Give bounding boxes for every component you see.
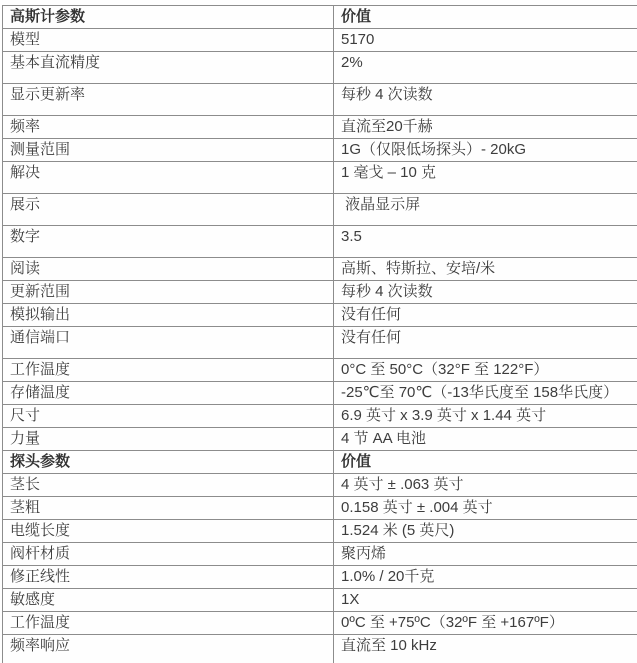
value-cell: 1.524 米 (5 英尺) xyxy=(334,520,637,543)
table-row: 工作温度0°C 至 50°C（32°F 至 122°F） xyxy=(3,359,637,382)
table-row: 展示 液晶显示屏 xyxy=(3,194,637,226)
param-cell: 解决 xyxy=(3,162,334,194)
param-cell: 频率响应 xyxy=(3,635,334,663)
section-header-row: 探头参数价值 xyxy=(3,451,637,474)
value-cell: 5170 xyxy=(334,29,637,52)
value-cell: 0.158 英寸 ± .004 英寸 xyxy=(334,497,637,520)
param-cell: 高斯计参数 xyxy=(3,6,334,29)
table-row: 茎长4 英寸 ± .063 英寸 xyxy=(3,474,637,497)
spec-table: 高斯计参数价值模型5170基本直流精度2%显示更新率每秒 4 次读数频率直流至2… xyxy=(2,5,637,663)
value-cell: 0ºC 至 +75ºC（32ºF 至 +167ºF） xyxy=(334,612,637,635)
param-cell: 工作温度 xyxy=(3,612,334,635)
table-row: 工作温度0ºC 至 +75ºC（32ºF 至 +167ºF） xyxy=(3,612,637,635)
param-cell: 阀杆材质 xyxy=(3,543,334,566)
param-cell: 显示更新率 xyxy=(3,84,334,116)
table-row: 模拟输出没有任何 xyxy=(3,304,637,327)
value-cell: 聚丙烯 xyxy=(334,543,637,566)
param-cell: 数字 xyxy=(3,226,334,258)
param-cell: 通信端口 xyxy=(3,327,334,359)
table-row: 解决1 毫戈 – 10 克 xyxy=(3,162,637,194)
value-cell: 1 毫戈 – 10 克 xyxy=(334,162,637,194)
table-row: 测量范围1G（仅限低场探头）- 20kG xyxy=(3,139,637,162)
value-cell: 2% xyxy=(334,52,637,84)
value-cell: 1.0% / 20千克 xyxy=(334,566,637,589)
value-cell: 高斯、特斯拉、安培/米 xyxy=(334,258,637,281)
param-cell: 工作温度 xyxy=(3,359,334,382)
param-cell: 茎长 xyxy=(3,474,334,497)
value-cell: 1G（仅限低场探头）- 20kG xyxy=(334,139,637,162)
param-cell: 更新范围 xyxy=(3,281,334,304)
value-cell: 直流至 10 kHz xyxy=(334,635,637,663)
value-cell: 价值 xyxy=(334,451,637,474)
param-cell: 力量 xyxy=(3,428,334,451)
value-cell: 没有任何 xyxy=(334,327,637,359)
table-row: 茎粗0.158 英寸 ± .004 英寸 xyxy=(3,497,637,520)
param-cell: 频率 xyxy=(3,116,334,139)
spec-table-body: 高斯计参数价值模型5170基本直流精度2%显示更新率每秒 4 次读数频率直流至2… xyxy=(3,6,637,663)
value-cell: 每秒 4 次读数 xyxy=(334,281,637,304)
value-cell: 液晶显示屏 xyxy=(334,194,637,226)
value-cell: 4 节 AA 电池 xyxy=(334,428,637,451)
value-cell: 没有任何 xyxy=(334,304,637,327)
table-row: 频率响应直流至 10 kHz xyxy=(3,635,637,663)
param-cell: 测量范围 xyxy=(3,139,334,162)
table-row: 修正线性1.0% / 20千克 xyxy=(3,566,637,589)
table-row: 阀杆材质聚丙烯 xyxy=(3,543,637,566)
value-cell: 每秒 4 次读数 xyxy=(334,84,637,116)
param-cell: 模拟输出 xyxy=(3,304,334,327)
value-cell: 0°C 至 50°C（32°F 至 122°F） xyxy=(334,359,637,382)
value-cell: 直流至20千赫 xyxy=(334,116,637,139)
value-cell: 3.5 xyxy=(334,226,637,258)
param-cell: 尺寸 xyxy=(3,405,334,428)
value-cell: -25℃至 70℃（-13华氏度至 158华氏度） xyxy=(334,382,637,405)
param-cell: 修正线性 xyxy=(3,566,334,589)
table-row: 存储温度-25℃至 70℃（-13华氏度至 158华氏度） xyxy=(3,382,637,405)
param-cell: 模型 xyxy=(3,29,334,52)
param-cell: 茎粗 xyxy=(3,497,334,520)
table-row: 数字3.5 xyxy=(3,226,637,258)
param-cell: 基本直流精度 xyxy=(3,52,334,84)
value-cell: 4 英寸 ± .063 英寸 xyxy=(334,474,637,497)
table-row: 电缆长度1.524 米 (5 英尺) xyxy=(3,520,637,543)
table-row: 基本直流精度2% xyxy=(3,52,637,84)
value-cell: 6.9 英寸 x 3.9 英寸 x 1.44 英寸 xyxy=(334,405,637,428)
param-cell: 存储温度 xyxy=(3,382,334,405)
param-cell: 阅读 xyxy=(3,258,334,281)
value-cell: 1X xyxy=(334,589,637,612)
table-row: 尺寸6.9 英寸 x 3.9 英寸 x 1.44 英寸 xyxy=(3,405,637,428)
table-row: 频率直流至20千赫 xyxy=(3,116,637,139)
param-cell: 电缆长度 xyxy=(3,520,334,543)
table-row: 通信端口没有任何 xyxy=(3,327,637,359)
table-row: 更新范围每秒 4 次读数 xyxy=(3,281,637,304)
param-cell: 探头参数 xyxy=(3,451,334,474)
table-row: 阅读高斯、特斯拉、安培/米 xyxy=(3,258,637,281)
table-row: 显示更新率每秒 4 次读数 xyxy=(3,84,637,116)
table-row: 敏感度1X xyxy=(3,589,637,612)
value-cell: 价值 xyxy=(334,6,637,29)
param-cell: 敏感度 xyxy=(3,589,334,612)
param-cell: 展示 xyxy=(3,194,334,226)
section-header-row: 高斯计参数价值 xyxy=(3,6,637,29)
table-row: 力量4 节 AA 电池 xyxy=(3,428,637,451)
table-row: 模型5170 xyxy=(3,29,637,52)
